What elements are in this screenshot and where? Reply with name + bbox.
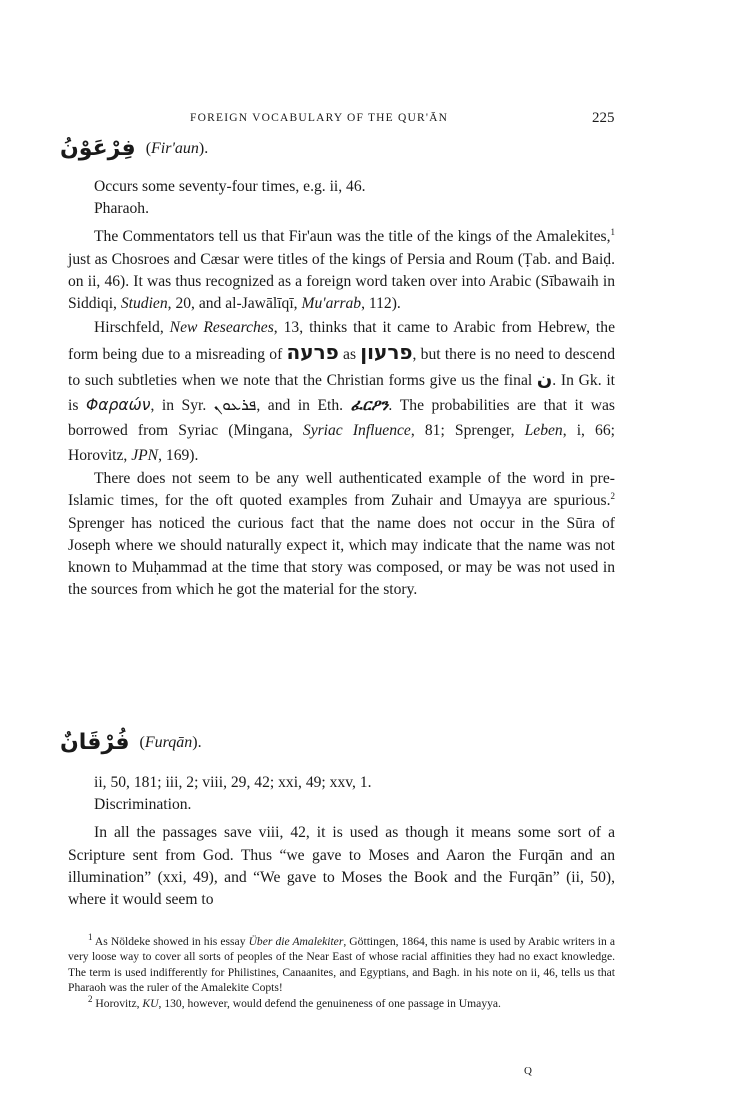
entry-heading-furqan: فُرْقَانٌ (Furqān).: [60, 730, 202, 755]
paragraph: The Commentators tell us that Fir'aun wa…: [68, 226, 615, 315]
meaning-line: Pharaoh.: [68, 198, 615, 220]
occurrence-line: ii, 50, 181; iii, 2; viii, 29, 42; xxi, …: [68, 772, 615, 794]
greek-word: Φαραών: [86, 396, 151, 414]
transliteration: (Fir'aun).: [146, 140, 209, 158]
paragraph: There does not seem to be any well authe…: [68, 468, 615, 601]
footnote-ref[interactable]: 2: [611, 491, 616, 501]
paragraph: In all the passages save viii, 42, it is…: [68, 822, 615, 911]
footnote-ref[interactable]: 1: [611, 227, 616, 237]
entry-body-furqan: ii, 50, 181; iii, 2; viii, 29, 42; xxi, …: [68, 772, 615, 911]
occurrence-line: Occurs some seventy-four times, e.g. ii,…: [68, 176, 615, 198]
arabic-headword: فُرْقَانٌ: [60, 730, 130, 755]
footnotes: 1 As Nöldeke showed in his essay Über di…: [68, 934, 615, 1011]
book-page: FOREIGN VOCABULARY OF THE QUR'ĀN 225 فِر…: [0, 0, 735, 1102]
running-head: FOREIGN VOCABULARY OF THE QUR'ĀN: [190, 112, 448, 124]
signature-mark: Q: [524, 1065, 532, 1077]
footnote-2: 2 Horovitz, KU, 130, however, would defe…: [68, 996, 615, 1011]
syriac-word: ܦܪܥܘܢ: [214, 396, 257, 414]
entry-body-firaun: Occurs some seventy-four times, e.g. ii,…: [68, 176, 615, 601]
hebrew-word: פרעון: [360, 340, 412, 364]
entry-heading-firaun: فِرْعَوْنُ (Fir'aun).: [60, 136, 208, 161]
footnote-1: 1 As Nöldeke showed in his essay Über di…: [68, 934, 615, 996]
arabic-letter: ن: [537, 369, 552, 390]
ethiopic-word: ፈርዖን: [351, 396, 389, 414]
transliteration: (Furqān).: [140, 734, 202, 752]
hebrew-word: פרעה: [287, 340, 339, 364]
page-number: 225: [592, 110, 615, 127]
meaning-line: Discrimination.: [68, 794, 615, 816]
paragraph: Hirschfeld, New Researches, 13, thinks t…: [68, 315, 615, 468]
arabic-headword: فِرْعَوْنُ: [60, 136, 136, 161]
